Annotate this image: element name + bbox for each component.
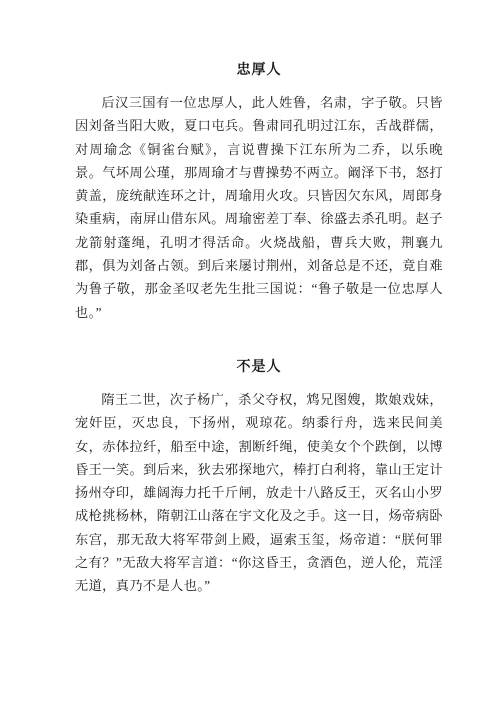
section-not-human: 不是人 隋王二世，次子杨广，杀父夺权，鸩兄图嫂，欺娘戏妹，宠奸臣，灭忠良，下扬州… xyxy=(75,356,443,598)
section-title: 不是人 xyxy=(75,356,443,379)
paragraph: 隋王二世，次子杨广，杀父夺权，鸩兄图嫂，欺娘戏妹，宠奸臣，灭忠良，下扬州，观琼花… xyxy=(75,388,443,598)
paragraph: 后汉三国有一位忠厚人，此人姓鲁，名肃，字子敬。只皆因刘备当阳大败，夏口屯兵。鲁肃… xyxy=(75,91,443,324)
document-content: 忠厚人 后汉三国有一位忠厚人，此人姓鲁，名肃，字子敬。只皆因刘备当阳大败，夏口屯… xyxy=(75,59,443,598)
section-title: 忠厚人 xyxy=(75,59,443,82)
document-page: 忠厚人 后汉三国有一位忠厚人，此人姓鲁，名肃，字子敬。只皆因刘备当阳大败，夏口屯… xyxy=(0,0,500,707)
section-loyal-man: 忠厚人 后汉三国有一位忠厚人，此人姓鲁，名肃，字子敬。只皆因刘备当阳大败，夏口屯… xyxy=(75,59,443,324)
